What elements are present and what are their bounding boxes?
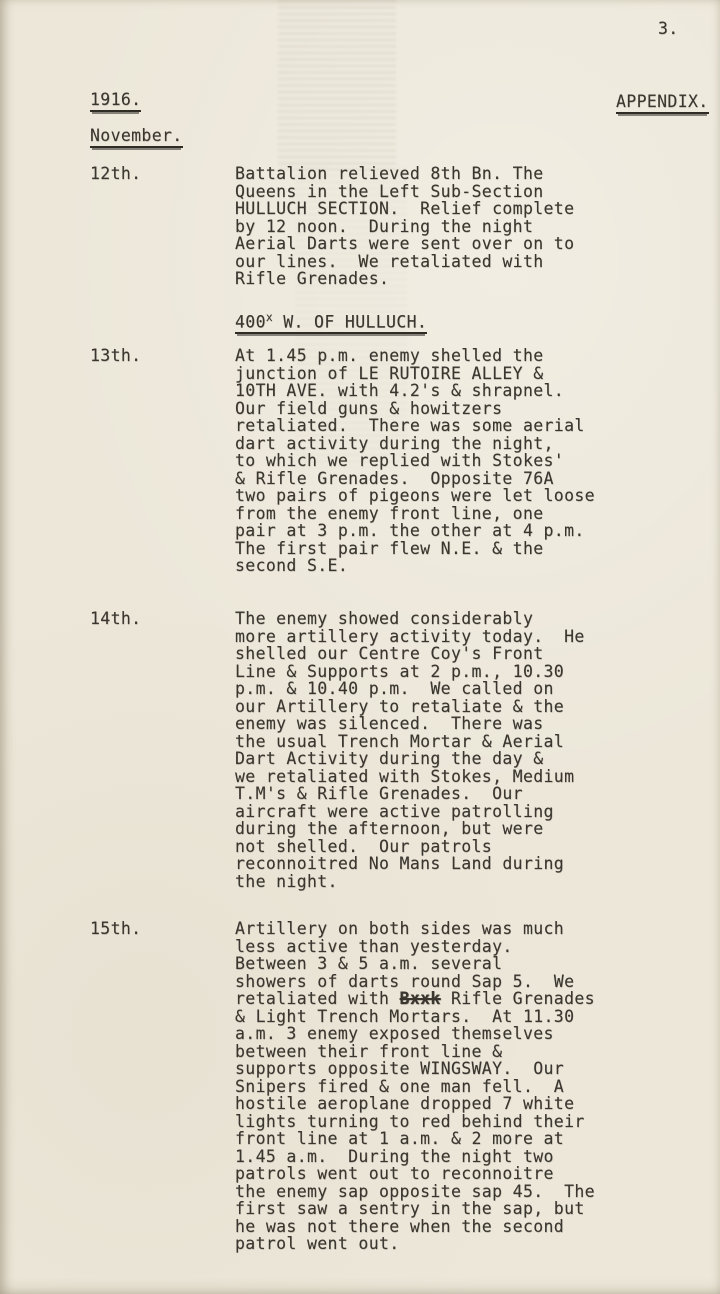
page-number: 3. [658, 20, 679, 38]
paper-bleedthrough-texture [278, 0, 396, 170]
entry-text: Artillery on both sides was much less ac… [235, 920, 620, 1253]
entry-text: Battalion relieved 8th Bn. The Queens in… [235, 165, 620, 288]
entry-date: 14th. [90, 610, 235, 628]
entry-text-after-strike: Rifle Grenades & Light Trench Mortars. A… [235, 989, 595, 1253]
entry-date: 13th. [90, 347, 235, 365]
appendix-heading-text: APPENDIX. [616, 93, 709, 114]
war-diary-page: 3. 1916. APPENDIX. November. 12th. Batta… [0, 0, 720, 1294]
year-heading-text: 1916. [90, 91, 141, 112]
diary-entry-15th: 15th. Artillery on both sides was much l… [90, 920, 690, 1253]
entry-date: 15th. [90, 920, 235, 938]
month-heading-text: November. [90, 127, 183, 148]
year-heading: 1916. [90, 91, 141, 112]
section-heading-hulluch: 400x W. OF HULLUCH. [235, 309, 427, 334]
section-heading-superscript: x [266, 311, 273, 324]
struck-out-word: Bxxk [400, 989, 441, 1008]
diary-entry-12th: 12th. Battalion relieved 8th Bn. The Que… [90, 165, 690, 288]
entry-text: At 1.45 p.m. enemy shelled the junction … [235, 347, 620, 575]
section-heading-rest: W. OF HULLUCH. [273, 313, 427, 332]
section-heading-text: 400x W. OF HULLUCH. [235, 309, 427, 334]
appendix-heading: APPENDIX. [616, 93, 709, 114]
entry-text: The enemy showed considerably more artil… [235, 610, 620, 890]
diary-entry-13th: 13th. At 1.45 p.m. enemy shelled the jun… [90, 347, 690, 575]
month-heading: November. [90, 127, 183, 148]
section-heading-number: 400 [235, 313, 266, 332]
entry-date: 12th. [90, 165, 235, 183]
diary-entry-14th: 14th. The enemy showed considerably more… [90, 610, 690, 890]
